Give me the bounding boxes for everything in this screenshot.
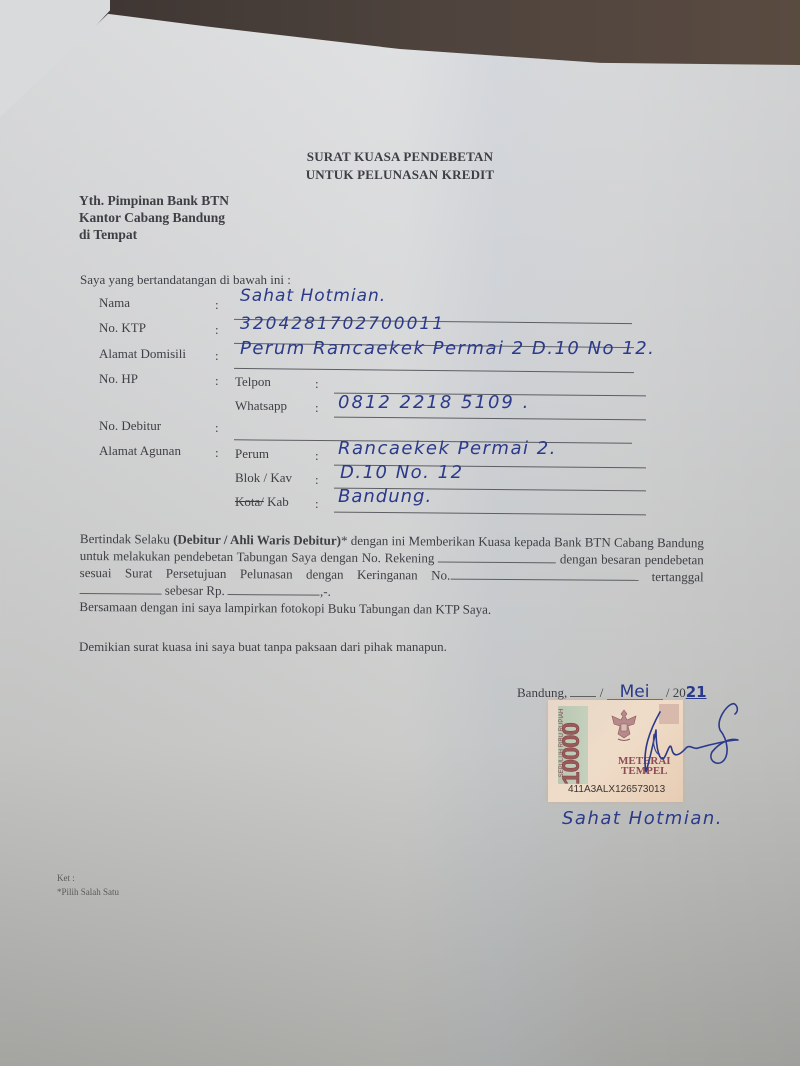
field-nama-value: Sahat Hotmian.: [240, 286, 386, 306]
signing-place: Bandung,: [517, 685, 567, 700]
field-blok-value: D.10 No. 12: [340, 462, 464, 483]
addressee-block: Yth. Pimpinan Bank BTN Kantor Cabang Ban…: [79, 192, 229, 243]
colon: :: [215, 420, 219, 436]
footnote: Ket : *Pilih Salah Satu: [57, 871, 119, 899]
stamp-value: 10000: [558, 714, 586, 794]
photo-scene: SURAT KUASA PENDEBETAN UNTUK PELUNASAN K…: [0, 0, 800, 1066]
colon: :: [315, 400, 319, 416]
blank-date: [80, 583, 162, 595]
signing-month: Mei: [607, 685, 663, 700]
field-domisili-value: Perum Rancaekek Permai 2 D.10 No 12.: [240, 338, 655, 359]
field-kab-value: Bandung.: [338, 486, 432, 507]
addressee-line-1: Yth. Pimpinan Bank BTN: [79, 192, 229, 209]
signing-year-prefix: / 20: [666, 685, 686, 700]
body-text: ,-.: [320, 584, 331, 599]
closing-statement: Demikian surat kuasa ini saya buat tanpa…: [79, 638, 703, 655]
blank-amount: [228, 584, 320, 596]
field-whatsapp-line: [334, 417, 646, 421]
label-nama: Nama: [99, 295, 130, 311]
body-text: Bertindak Selaku: [80, 531, 173, 547]
colon: :: [215, 322, 219, 338]
footnote-label: Ket :: [57, 871, 119, 885]
colon: :: [215, 297, 219, 313]
label-whatsapp: Whatsapp: [235, 398, 287, 414]
colon: :: [215, 348, 219, 364]
date-separator: /: [600, 685, 604, 700]
field-whatsapp-value: 0812 2218 5109 .: [338, 392, 530, 413]
field-ktp-value: 3204281702700011: [240, 314, 445, 334]
field-perum-value: Rancaekek Permai 2.: [338, 438, 557, 459]
colon: :: [315, 472, 319, 488]
signer-name: Sahat Hotmian.: [562, 808, 723, 829]
field-domisili-line: [234, 368, 634, 373]
label-agunan: Alamat Agunan: [99, 443, 181, 459]
label-domisili: Alamat Domisili: [99, 346, 186, 362]
colon: :: [215, 373, 219, 389]
attachment-text: Bersamaan dengan ini saya lampirkan foto…: [79, 599, 491, 617]
colon: :: [215, 445, 219, 461]
label-kab: Kab: [267, 494, 289, 509]
body-text: sebesar Rp.: [162, 583, 229, 598]
signing-day-blank: [570, 686, 596, 697]
title-line-1: SURAT KUASA PENDEBETAN: [270, 148, 530, 166]
blank-account-number: [438, 552, 556, 564]
field-kab-line: [334, 512, 646, 516]
signing-place-date: Bandung, / Mei / 2021: [517, 683, 707, 701]
label-hp: No. HP: [99, 371, 138, 387]
colon: :: [315, 376, 319, 392]
footnote-text: *Pilih Salah Satu: [57, 885, 119, 899]
blank-approval-number: [450, 569, 638, 581]
colon: :: [315, 448, 319, 464]
title-line-2: UNTUK PELUNASAN KREDIT: [270, 166, 530, 184]
label-blok: Blok / Kav: [235, 470, 292, 486]
label-debitur: No. Debitur: [99, 418, 161, 434]
body-text: tertanggal: [638, 569, 704, 584]
label-kota-kab: Kota/ Kab: [235, 494, 289, 510]
document-title: SURAT KUASA PENDEBETAN UNTUK PELUNASAN K…: [270, 148, 530, 184]
signing-year-handwritten: 21: [686, 683, 707, 701]
body-role-options: (Debitur / Ahli Waris Debitur): [173, 532, 341, 548]
colon: :: [315, 496, 319, 512]
label-kota-struck: Kota/: [235, 494, 264, 509]
label-ktp: No. KTP: [99, 320, 146, 336]
power-of-attorney-form: SURAT KUASA PENDEBETAN UNTUK PELUNASAN K…: [0, 0, 800, 1066]
addressee-line-3: di Tempat: [79, 226, 229, 243]
handwritten-signature: [590, 700, 740, 790]
label-telpon: Telpon: [235, 374, 271, 390]
authorization-paragraph: Bertindak Selaku (Debitur / Ahli Waris D…: [79, 530, 704, 619]
label-perum: Perum: [235, 446, 269, 462]
addressee-line-2: Kantor Cabang Bandung: [79, 209, 229, 226]
